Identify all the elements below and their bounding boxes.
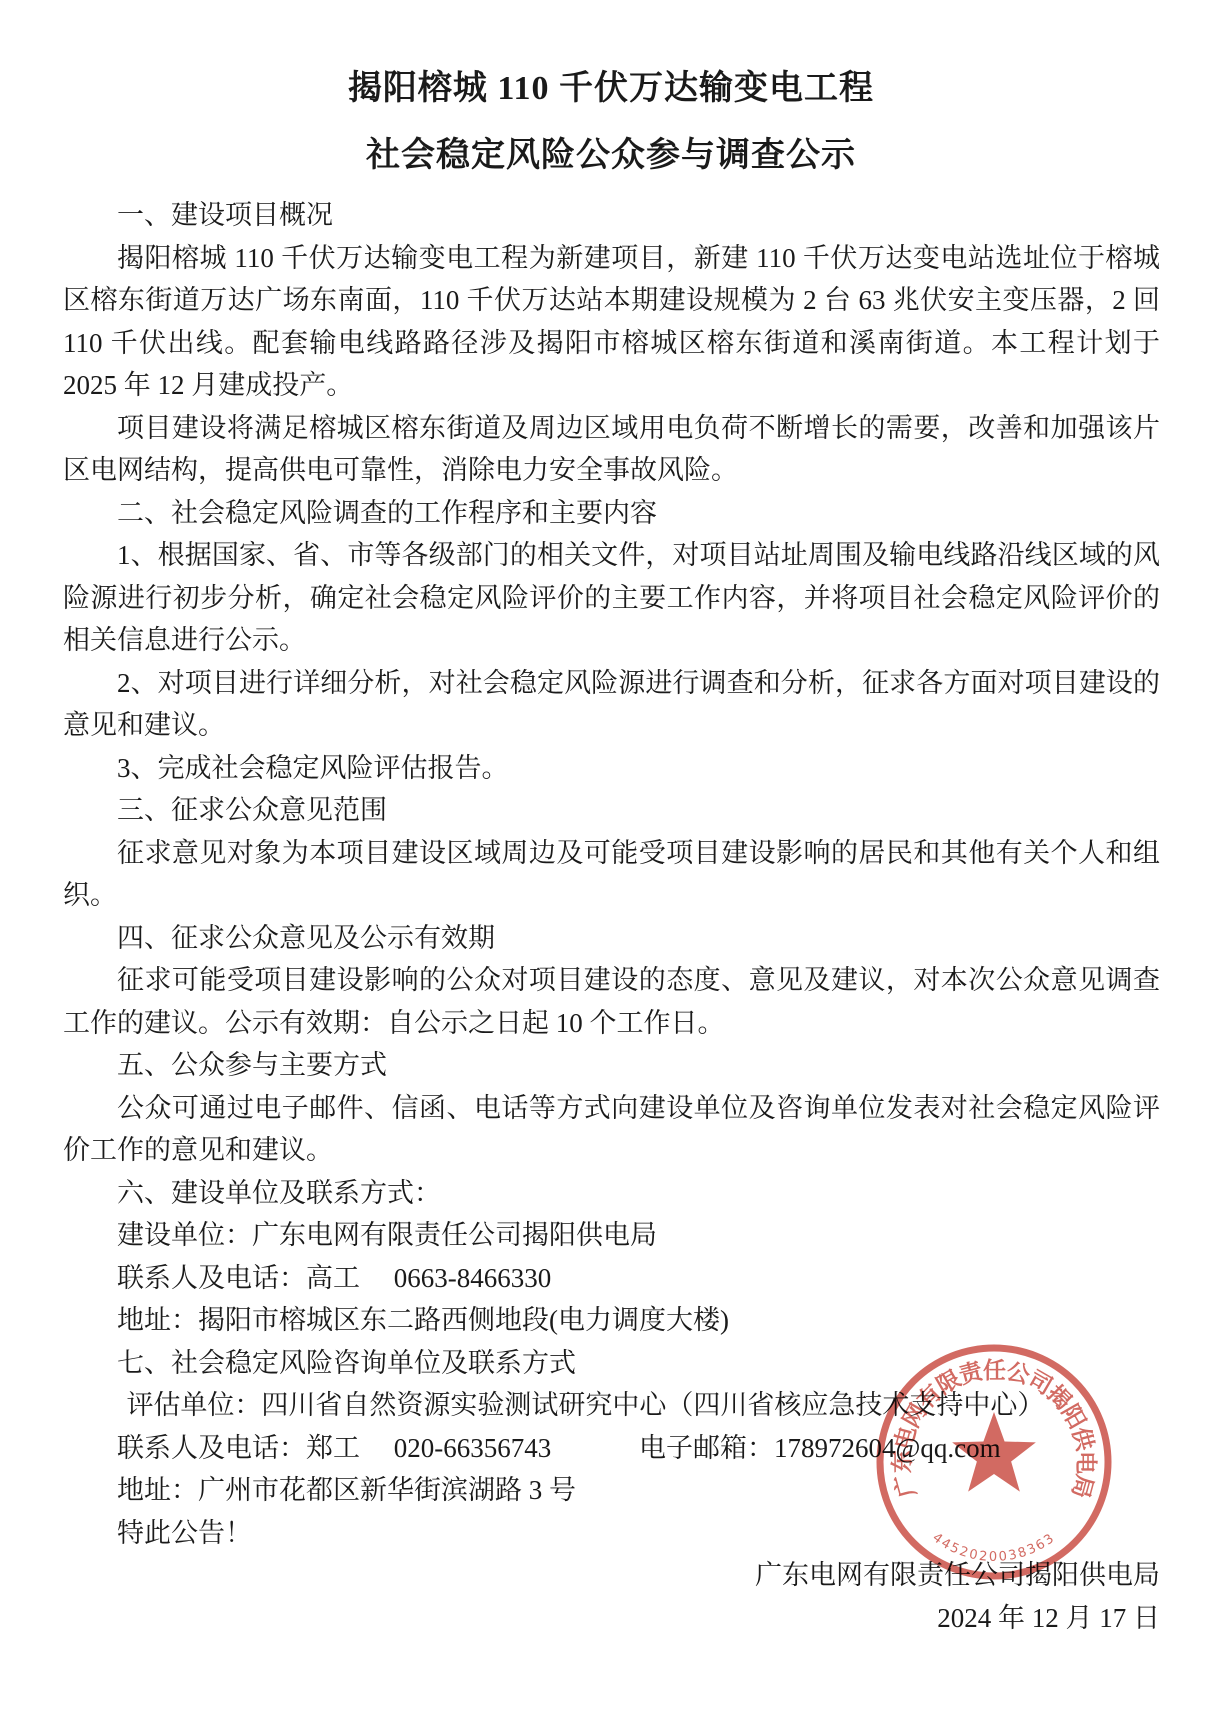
contact-line-consultant: 评估单位：四川省自然资源实验测试研究中心（四川省核应急技术支持中心） [63,1384,1160,1427]
section-heading-2: 二、社会稳定风险调查的工作程序和主要内容 [63,492,1160,535]
signature-org: 广东电网有限责任公司揭阳供电局 [63,1554,1160,1597]
page-title-line2: 社会稳定风险公众参与调查公示 [0,122,1222,189]
notice-document: 揭阳榕城 110 千伏万达输变电工程 社会稳定风险公众参与调查公示 一、建设项目… [0,0,1222,1729]
paragraph: 征求意见对象为本项目建设区域周边及可能受项目建设影响的居民和其他有关个人和组织。 [63,832,1160,917]
paragraph: 揭阳榕城 110 千伏万达输变电工程为新建项目，新建 110 千伏万达变电站选址… [63,237,1160,407]
signature-date: 2024 年 12 月 17 日 [63,1597,1160,1640]
page-title-line1: 揭阳榕城 110 千伏万达输变电工程 [0,55,1222,122]
document-title: 揭阳榕城 110 千伏万达输变电工程 社会稳定风险公众参与调查公示 [0,0,1222,189]
document-body: 一、建设项目概况 揭阳榕城 110 千伏万达输变电工程为新建项目，新建 110 … [63,194,1160,1639]
paragraph: 公众可通过电子邮件、信函、电话等方式向建设单位及咨询单位发表对社会稳定风险评价工… [63,1087,1160,1172]
section-heading-4: 四、征求公众意见及公示有效期 [63,917,1160,960]
paragraph: 项目建设将满足榕城区榕东街道及周边区域用电负荷不断增长的需要，改善和加强该片区电… [63,407,1160,492]
list-item-1: 1、根据国家、省、市等各级部门的相关文件，对项目站址周围及输电线路沿线区域的风险… [63,534,1160,662]
list-item-3: 3、完成社会稳定风险评估报告。 [63,747,1160,790]
paragraph: 征求可能受项目建设影响的公众对项目建设的态度、意见及建议，对本次公众意见调查工作… [63,959,1160,1044]
contact-line-builder-phone: 联系人及电话：高工 0663-8466330 [63,1257,1160,1300]
list-item-2: 2、对项目进行详细分析，对社会稳定风险源进行调查和分析，征求各方面对项目建设的意… [63,662,1160,747]
closing-line: 特此公告！ [63,1512,1160,1555]
section-heading-1: 一、建设项目概况 [63,194,1160,237]
section-heading-3: 三、征求公众意见范围 [63,789,1160,832]
section-heading-7: 七、社会稳定风险咨询单位及联系方式 [63,1342,1160,1385]
section-heading-6: 六、建设单位及联系方式： [63,1172,1160,1215]
section-heading-5: 五、公众参与主要方式 [63,1044,1160,1087]
contact-line-consultant-address: 地址：广州市花都区新华街滨湖路 3 号 [63,1469,1160,1512]
contact-line-builder: 建设单位：广东电网有限责任公司揭阳供电局 [63,1214,1160,1257]
contact-line-consultant-phone-email: 联系人及电话：郑工 020-66356743 电子邮箱：178972604@qq… [63,1427,1160,1470]
contact-line-builder-address: 地址：揭阳市榕城区东二路西侧地段(电力调度大楼) [63,1299,1160,1342]
